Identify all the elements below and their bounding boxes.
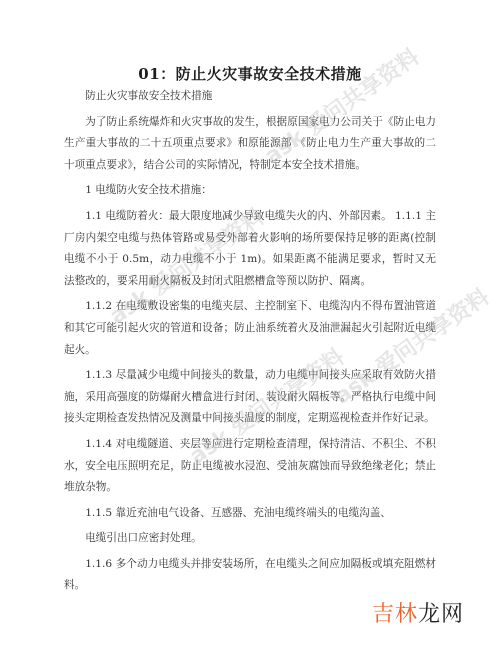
paragraph-1-1-3: 1.1.3 尽量减少电缆中间接头的数量，动力电缆中间接头应采取有效防火措施，采用… xyxy=(64,365,436,430)
paragraph-intro: 为了防止系统爆炸和火灾事故的发生，根据原国家电力公司关于《防止电力生产重大事故的… xyxy=(64,112,436,177)
document-title: 01：防止火灾事故安全技术措施 xyxy=(0,63,500,84)
paragraph-1-1-5: 1.1.5 靠近充油电气设备、互感器、充油电缆终端头的电缆沟盖、 xyxy=(64,503,436,525)
site-logo: 吉林龙网 xyxy=(372,597,464,628)
paragraph-1-1-2: 1.1.2 在电缆敷设密集的电缆夹层、主控制室下、电缆沟内不得布置油管道和其它可… xyxy=(64,296,436,361)
site-logo-dark: 龙网 xyxy=(418,602,464,627)
document-subtitle: 防止火灾事故安全技术措施 xyxy=(64,86,436,108)
document-body: 防止火灾事故安全技术措施 为了防止系统爆炸和火灾事故的发生，根据原国家电力公司关… xyxy=(64,86,436,597)
paragraph-1-1: 1.1 电缆防着火：最大限度地减少导致电缆失火的内、外部因素。 1.1.1 主厂… xyxy=(64,206,436,292)
paragraph-1-1-6: 1.1.6 多个动力电缆头并排安装场所，在电缆头之间应加隔板或填充阻燃材料。 xyxy=(64,554,436,597)
paragraph-1-1-5-cont: 电缆引出口应密封处理。 xyxy=(64,528,436,550)
paragraph-section-1: 1 电缆防火安全技术措施： xyxy=(64,180,436,202)
site-logo-accent: 吉林 xyxy=(372,602,418,627)
document-page: 01：防止火灾事故安全技术措施 防止火灾事故安全技术措施 为了防止系统爆炸和火灾… xyxy=(0,0,500,647)
paragraph-1-1-4: 1.1.4 对电缆隧道、夹层等应进行定期检查清理，保持清洁、不积尘、不积水，安全… xyxy=(64,434,436,499)
